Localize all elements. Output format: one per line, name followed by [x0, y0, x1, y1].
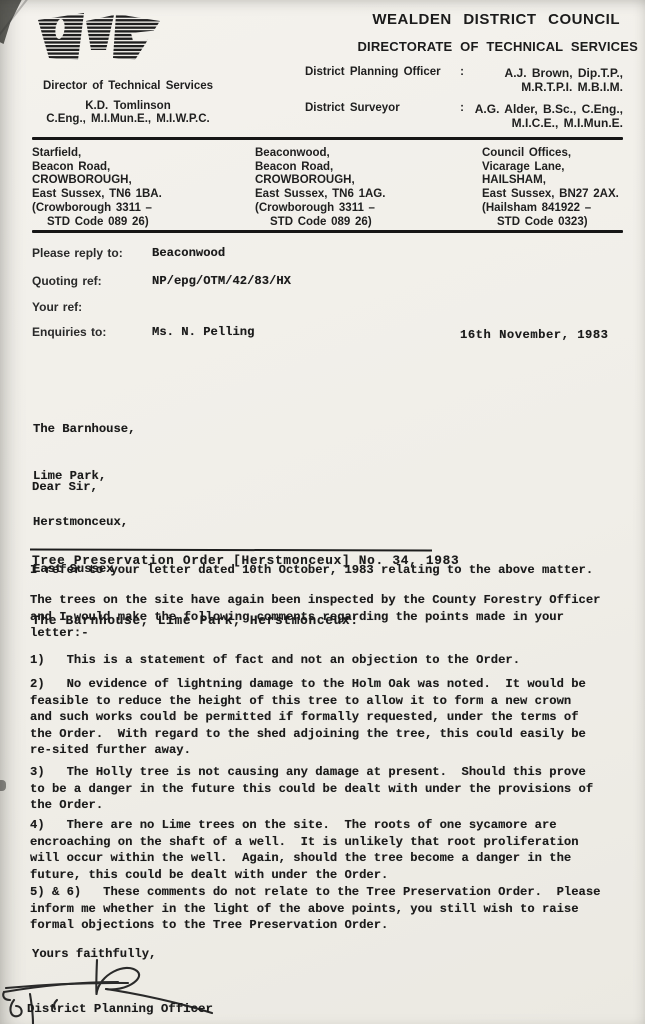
officer-name: A.G. Alder, B.Sc., C.Eng., M.I.C.E., M.I… [469, 102, 623, 130]
officer-name-line1: A.G. Alder, B.Sc., C.Eng., [475, 102, 623, 116]
director-name: K.D. Tomlinson [22, 100, 234, 114]
officer-row-surveyor: District Surveyor : A.G. Alder, B.Sc., C… [305, 102, 623, 130]
address-council-offices: Council Offices, Vicarage Lane, HAILSHAM… [482, 147, 642, 229]
point-5: 5) & 6) These comments do not relate to … [30, 884, 600, 934]
address-phone: STD Code 089 26) [32, 216, 242, 230]
recipient-line: The Barnhouse, [33, 422, 135, 438]
officer-name-line2: M.I.C.E., M.I.Mun.E. [512, 116, 623, 130]
address-line: Beaconwood, [255, 147, 470, 161]
address-line: CROWBOROUGH, [32, 174, 242, 188]
address-phone: STD Code 0323) [482, 216, 642, 230]
officers-block: District Planning Officer : A.J. Brown, … [305, 66, 623, 138]
address-line: East Sussex, TN6 1BA. [32, 188, 242, 202]
reply-to-label: Please reply to: [32, 246, 123, 260]
address-phone: (Crowborough 3311 – [255, 202, 470, 216]
enquiries-value: Ms. N. Pelling [152, 324, 254, 341]
address-line: Starfield, [32, 147, 242, 161]
officer-role: District Surveyor [305, 102, 455, 114]
salutation: Dear Sir, [32, 479, 98, 496]
horizontal-rule-mid [32, 230, 623, 233]
officer-row-planning: District Planning Officer : A.J. Brown, … [305, 66, 623, 94]
director-qualifications: C.Eng., M.I.Mun.E., M.I.W.P.C. [22, 113, 234, 127]
address-line: Beacon Road, [32, 161, 242, 175]
address-line: Council Offices, [482, 147, 642, 161]
address-line: Vicarage Lane, [482, 161, 642, 175]
director-title: Director of Technical Services [22, 80, 234, 94]
address-starfield: Starfield, Beacon Road, CROWBOROUGH, Eas… [32, 147, 242, 229]
point-2: 2) No evidence of lightning damage to th… [30, 676, 586, 759]
scanned-letter-page: WEALDEN DISTRICT COUNCIL DIRECTORATE OF … [0, 0, 645, 1024]
quoting-ref-value: NP/epg/OTM/42/83/HX [152, 273, 291, 290]
wdc-monogram-logo-icon [34, 8, 164, 62]
subject-block: Tree Preservation Order [Herstmonceux] N… [32, 511, 459, 671]
director-block: Director of Technical Services K.D. Toml… [22, 80, 234, 127]
address-line: HAILSHAM, [482, 174, 642, 188]
address-line: CROWBOROUGH, [255, 174, 470, 188]
address-beaconwood: Beaconwood, Beacon Road, CROWBOROUGH, Ea… [255, 147, 470, 229]
address-phone: (Hailsham 841922 – [482, 202, 642, 216]
reply-to-value: Beaconwood [152, 245, 225, 262]
enquiries-label: Enquiries to: [32, 325, 106, 339]
address-line: East Sussex, TN6 1AG. [255, 188, 470, 202]
officer-colon: : [455, 102, 469, 114]
paragraph-inspection: The trees on the site have again been in… [30, 592, 600, 642]
officer-role: District Planning Officer [305, 66, 455, 78]
officer-colon: : [455, 66, 469, 78]
address-line: Beacon Road, [255, 161, 470, 175]
officer-name-line2: M.R.T.P.I. M.B.I.M. [521, 80, 623, 94]
scan-corner-artifact [0, 0, 30, 44]
address-line: East Sussex, BN27 2AX. [482, 188, 642, 202]
address-phone: (Crowborough 3311 – [32, 202, 242, 216]
paragraph-intro: I refer to your letter dated 10th Octobe… [30, 562, 593, 579]
your-ref-label: Your ref: [32, 300, 82, 314]
point-4: 4) There are no Lime trees on the site. … [30, 817, 579, 883]
horizontal-rule-top [32, 137, 623, 140]
officer-name: A.J. Brown, Dip.T.P., M.R.T.P.I. M.B.I.M… [469, 66, 623, 94]
point-3: 3) The Holly tree is not causing any dam… [30, 764, 593, 814]
letter-date: 16th November, 1983 [460, 327, 608, 344]
council-name: WEALDEN DISTRICT COUNCIL [372, 11, 620, 28]
scan-edge-artifact [0, 780, 6, 791]
address-phone: STD Code 089 26) [255, 216, 470, 230]
directorate-title: DIRECTORATE OF TECHNICAL SERVICES [357, 39, 638, 54]
quoting-ref-label: Quoting ref: [32, 274, 102, 288]
signoff-title: District Planning Officer [27, 1001, 213, 1018]
officer-name-line1: A.J. Brown, Dip.T.P., [505, 66, 623, 80]
point-1: 1) This is a statement of fact and not a… [30, 652, 520, 669]
